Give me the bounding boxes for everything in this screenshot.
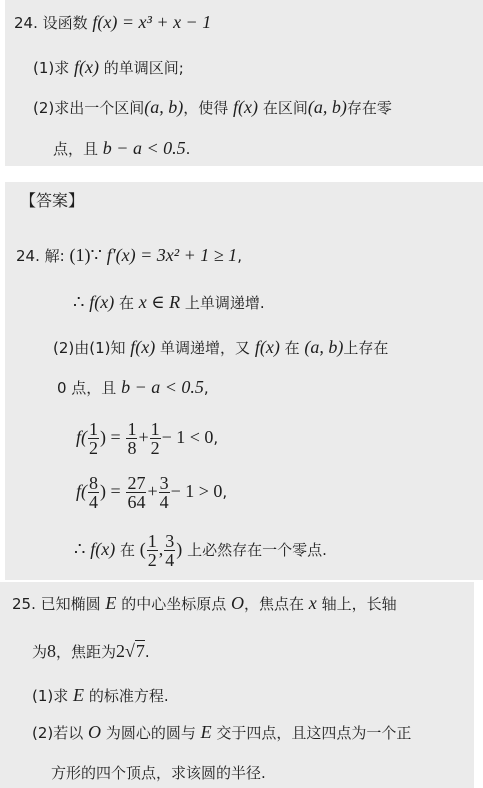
solution-prefix: 24. 解: <box>16 247 65 265</box>
problem-24-prefix: 24. 设函数 <box>14 14 88 32</box>
problem-24-part-2-line-2: 点，且 b − a < 0.5. <box>53 138 190 159</box>
numerator: 8 <box>88 474 99 493</box>
plus: + <box>138 427 148 447</box>
coefficient: 2 <box>116 641 125 661</box>
answer-title: 【答案】 <box>20 191 84 211</box>
text-zai: 在 <box>285 339 300 357</box>
math-inequality: b − a < 0.5 <box>103 138 186 158</box>
conclusion-text: 上必然存在一个零点. <box>187 541 327 559</box>
math-O: O <box>88 722 101 742</box>
denominator: 2 <box>147 551 158 569</box>
math-rest: − 1 < 0 <box>162 427 214 447</box>
text-zai: 在 <box>119 294 134 312</box>
part-1-prefix: (1)求 <box>32 687 68 705</box>
math-f-open: f( <box>76 481 87 501</box>
math-f-open: f( <box>76 427 87 447</box>
problem-25-statement-line-1: 25. 已知椭圆 E 的中心坐标原点 O，焦点在 x 轴上，长轴 <box>12 593 397 614</box>
fraction: 12 <box>147 532 158 569</box>
text-suffix: 交于四点，且这四点为一个正 <box>216 724 411 742</box>
fraction: 34 <box>164 532 175 569</box>
denominator: 4 <box>159 493 170 511</box>
math-fx: f(x) <box>233 97 258 117</box>
denominator: 2 <box>88 439 99 457</box>
fraction: 2764 <box>126 474 146 511</box>
therefore-symbol: ∴ <box>74 539 85 559</box>
text-suffix: 轴上，长轴 <box>322 595 397 613</box>
denominator: 2 <box>150 439 161 457</box>
math-rest: − 1 > 0 <box>171 481 223 501</box>
answer-line-3: (2)由(1)知 f(x) 单调递增，又 f(x) 在 (a, b)上存在 <box>53 337 388 358</box>
paren-open: ( <box>140 539 146 559</box>
problem-25-part-2-line-1: (2)若以 O 为圆心的圆与 E 交于四点，且这四点为一个正 <box>32 722 411 743</box>
fraction: 34 <box>159 474 170 511</box>
math-8: 8 <box>47 641 56 661</box>
text-mid: 的中心坐标原点 <box>121 595 226 613</box>
problem-25-prefix: 25. 已知椭圆 <box>12 595 101 613</box>
numerator: 1 <box>150 420 161 439</box>
text-zai: 在 <box>120 541 135 559</box>
numerator: 27 <box>126 474 146 493</box>
equals: ) = <box>100 427 121 447</box>
part-2-mid: ，使得 <box>183 99 228 117</box>
part-2-prefix: (2)若以 <box>32 724 83 742</box>
part-2-suffix: 存在零 <box>347 99 392 117</box>
problem-24-statement: 24. 设函数 f(x) = x³ + x − 1 <box>14 12 211 33</box>
math-fx: f(x) <box>89 292 114 312</box>
text-mid: ，焦距为 <box>56 643 116 661</box>
math-x: x <box>309 593 317 613</box>
denominator: 4 <box>164 551 175 569</box>
numerator: 3 <box>164 532 175 551</box>
math-domain: x ∈ R <box>139 292 180 312</box>
part-2-line-2-text: 方形的四个顶点，求该圆的半径. <box>51 764 266 782</box>
math-E: E <box>105 593 116 613</box>
text-prefix: 0 点，且 <box>57 379 116 397</box>
part-2-mid2: 在区间 <box>263 99 308 117</box>
math-fx: f(x) <box>90 539 115 559</box>
text-prefix: 为 <box>32 643 47 661</box>
math-fx: f(x) <box>130 337 155 357</box>
comma: , <box>213 429 218 447</box>
part-2-prefix: (2)由(1)知 <box>53 339 126 357</box>
text-suffix: 上存在 <box>343 339 388 357</box>
numerator: 3 <box>159 474 170 493</box>
math-interval-ab: (a, b) <box>304 337 343 357</box>
part-2-line-2-prefix: 点，且 <box>53 140 98 158</box>
answer-line-7: ∴ f(x) 在 (12,34) 上必然存在一个零点. <box>74 530 327 569</box>
answer-line-1: 24. 解: (1)∵ f′(x) = 3x² + 1 ≥ 1, <box>16 245 242 266</box>
problem-25-part-2-line-2: 方形的四个顶点，求该圆的半径. <box>51 763 266 783</box>
math-E: E <box>73 685 84 705</box>
text-mid2: ，焦点在 <box>244 595 304 613</box>
comma: , <box>222 483 227 501</box>
period: . <box>145 643 150 661</box>
text-mid: 单调递增，又 <box>160 339 250 357</box>
problem-24-part-2-line-1: (2)求出一个区间(a, b)，使得 f(x) 在区间(a, b)存在零 <box>33 97 392 118</box>
monotonic-text: 上单调递增. <box>185 294 265 312</box>
denominator: 8 <box>126 439 137 457</box>
math-fx: f(x) <box>74 57 99 77</box>
comma: , <box>159 539 164 559</box>
problem-25-statement-line-2: 为8，焦距为2√7. <box>32 641 150 662</box>
radicand: 7 <box>135 640 145 661</box>
numerator: 1 <box>88 420 99 439</box>
part-1-suffix: 的标准方程. <box>89 687 169 705</box>
answer-line-5: f(12) = 18+12− 1 < 0, <box>76 418 218 457</box>
part-1-prefix: (1)求 <box>33 59 69 77</box>
fraction: 12 <box>150 420 161 457</box>
numerator: 1 <box>147 532 158 551</box>
answer-line-4: 0 点，且 b − a < 0.5, <box>57 377 209 398</box>
denominator: 4 <box>88 493 99 511</box>
answer-heading: 【答案】 <box>20 191 84 210</box>
math-interval-ab: (a, b) <box>308 97 347 117</box>
math-interval-ab: (a, b) <box>144 97 183 117</box>
problem-24-part-1: (1)求 f(x) 的单调区间; <box>33 57 184 78</box>
function-definition: f(x) = x³ + x − 1 <box>92 12 211 32</box>
fraction: 12 <box>88 420 99 457</box>
equals: ) = <box>100 481 121 501</box>
problem-25-part-1: (1)求 E 的标准方程. <box>32 685 169 706</box>
part-2-line-2-suffix: . <box>186 140 191 158</box>
comma: , <box>204 379 209 397</box>
math-inequality: b − a < 0.5 <box>121 377 204 397</box>
answer-line-2: ∴ f(x) 在 x ∈ R 上单调递增. <box>73 292 265 313</box>
answer-line-6: f(84) = 2764+34− 1 > 0, <box>76 472 227 511</box>
fraction: 84 <box>88 474 99 511</box>
fraction: 18 <box>126 420 137 457</box>
part-label: (1) <box>69 245 90 265</box>
text-mid: 为圆心的圆与 <box>106 724 196 742</box>
sqrt-expression: 2√7 <box>116 640 145 661</box>
plus: + <box>147 481 157 501</box>
numerator: 1 <box>126 420 137 439</box>
derivative-expression: f′(x) = 3x² + 1 ≥ 1 <box>107 245 237 265</box>
math-fx: f(x) <box>255 337 280 357</box>
denominator: 64 <box>126 493 146 511</box>
part-2-prefix: (2)求出一个区间 <box>33 99 144 117</box>
because-symbol: ∵ <box>90 245 101 265</box>
math-O: O <box>231 593 244 613</box>
therefore-symbol: ∴ <box>73 292 84 312</box>
part-1-suffix: 的单调区间; <box>104 59 184 77</box>
comma: , <box>237 247 242 265</box>
math-E: E <box>201 722 212 742</box>
paren-close: ) <box>176 539 182 559</box>
